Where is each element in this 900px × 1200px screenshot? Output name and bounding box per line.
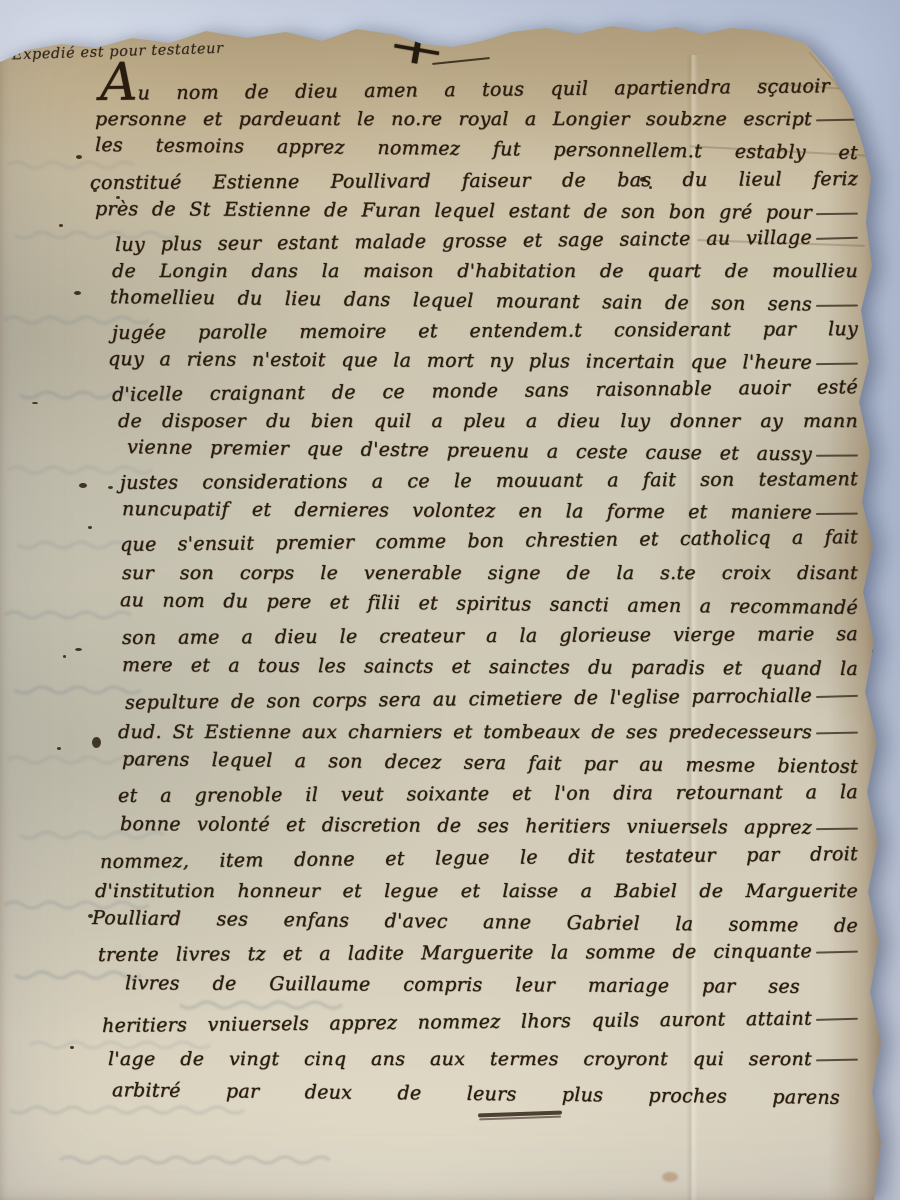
ghost-stroke <box>60 1157 330 1163</box>
manuscript-line-2: personne et pardeuant le no.re royal a L… <box>95 106 858 132</box>
manuscript-line-21: sepulture de son corps sera au cimetiere… <box>125 682 858 716</box>
ghost-stroke <box>15 972 141 978</box>
ink-blot <box>32 402 38 404</box>
manuscript-line-1: Au nom de dieu amen a tous quil apartien… <box>100 69 830 107</box>
ghost-stroke <box>8 162 134 168</box>
manuscript-line-4: constitué Estienne Poullivard faiseur de… <box>90 166 858 196</box>
ink-blot <box>70 1046 74 1049</box>
manuscript-line-10: quy a riens n'estoit que la mort ny plus… <box>108 346 858 376</box>
manuscript-line-3: les tesmoins apprez nommez fut personnel… <box>95 132 858 166</box>
manuscript-line-7: de Longin dans la maison d'habitation de… <box>112 258 858 284</box>
manuscript-line-25: bonne volonté et discretion de ses herit… <box>120 811 858 841</box>
ink-blot <box>108 486 113 489</box>
manuscript-line-12: de disposer du bien quil a pleu a dieu l… <box>118 408 858 434</box>
manuscript-line-26: nommez, item donne et legue le dit testa… <box>100 841 858 875</box>
manuscript-line-17: sur son corps le venerable signe de la s… <box>122 560 858 586</box>
paper-sheet: Expedié est pour testateur + Au nom de d… <box>0 0 900 1200</box>
manuscript-line-16: que s'ensuit premier comme bon chrestien… <box>120 524 858 558</box>
manuscript-line-33: arbitré par deux de leurs plus proches p… <box>112 1077 840 1111</box>
ink-blot <box>872 648 877 656</box>
ink-blot <box>76 155 82 159</box>
manuscript-page: Expedié est pour testateur + Au nom de d… <box>0 0 900 1200</box>
manuscript-line-15: nuncupatif et dernieres volontez en la f… <box>122 496 858 526</box>
manuscript-line-9: jugée parolle memoire et entendem.t cons… <box>112 316 858 346</box>
strikethrough-scribble <box>478 1111 562 1118</box>
ink-blot <box>63 655 66 658</box>
manuscript-line-32: l'age de vingt cinq ans aux termes croyr… <box>108 1046 858 1072</box>
ghost-stroke <box>15 687 141 693</box>
ink-blot <box>88 526 92 529</box>
ghost-stroke <box>10 1107 244 1113</box>
manuscript-line-8: thomellieu du lieu dans lequel mourant s… <box>110 284 858 318</box>
cross-mark: + <box>383 19 451 79</box>
manuscript-line-19: son ame a dieu le createur a la glorieus… <box>122 621 858 651</box>
ink-blot <box>74 291 81 295</box>
manuscript-line-29: trente livres tz et a ladite Marguerite … <box>98 938 858 968</box>
ink-blot <box>79 483 87 488</box>
manuscript-line-30: livres de Guillaume compris leur mariage… <box>125 970 800 1000</box>
manuscript-line-6: luy plus seur estant malade grosse et sa… <box>115 224 858 258</box>
ink-blot <box>92 737 101 748</box>
ghost-stroke <box>180 1002 342 1008</box>
manuscript-line-31: heritiers vniuersels apprez nommez lhors… <box>102 1005 858 1039</box>
manuscript-line-23: parens lequel a son decez sera fait par … <box>122 746 858 780</box>
ink-blot <box>59 224 63 227</box>
manuscript-line-5: près de St Estienne de Furan lequel esta… <box>95 196 858 226</box>
manuscript-line-24: et a grenoble il veut soixante et l'on d… <box>118 779 858 809</box>
ink-blot <box>75 648 82 651</box>
ink-blot <box>57 747 61 750</box>
rust-stain <box>662 1172 678 1182</box>
ghost-stroke <box>5 612 131 618</box>
manuscript-line-14: justes considerations a ce le mouuant a … <box>120 466 858 496</box>
manuscript-line-20: mere et a tous les saincts et sainctes d… <box>122 652 858 682</box>
manuscript-line-18: au nom du pere et filii et spiritus sanc… <box>120 587 858 621</box>
manuscript-line-11: d'icelle craignant de ce monde sans rais… <box>112 374 858 408</box>
photo-background: Expedié est pour testateur + Au nom de d… <box>0 0 900 1200</box>
manuscript-line-28: Poulliard ses enfans d'avec anne Gabriel… <box>92 905 858 939</box>
manuscript-line-22: dud. St Estienne aux charniers et tombea… <box>118 719 858 745</box>
manuscript-line-27: d'institution honneur et legue et laisse… <box>95 878 858 904</box>
manuscript-line-13: vienne premier que d'estre preuenu a ces… <box>127 434 858 468</box>
